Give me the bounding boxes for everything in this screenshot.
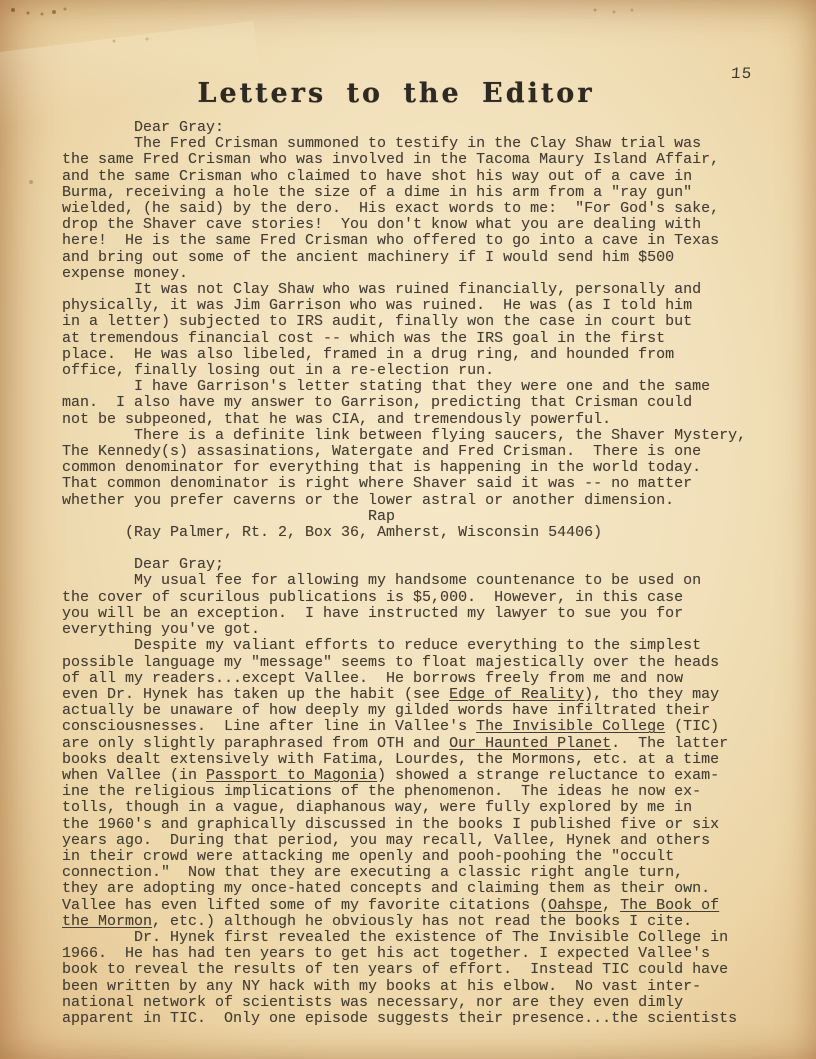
letter-from-second-correspondent: Dear Gray; My usual fee for allowing my …	[62, 557, 762, 1027]
text-line: It was not Clay Shaw who was ruined fina…	[62, 282, 762, 298]
text-line: possible language my "message" seems to …	[62, 655, 762, 671]
text-line: office, finally losing out in a re-elect…	[62, 363, 762, 379]
text-line: connection." Now that they are executing…	[62, 865, 762, 881]
text-line: here! He is the same Fred Crisman who of…	[62, 233, 762, 249]
text-line: Despite my valiant efforts to reduce eve…	[62, 638, 762, 654]
text-line: national network of scientists was neces…	[62, 995, 762, 1011]
text-line: been written by any NY hack with my book…	[62, 979, 762, 995]
text-line: the Mormon, etc.) although he obviously …	[62, 914, 762, 930]
text-line: drop the Shaver cave stories! You don't …	[62, 217, 762, 233]
text-line: common denominator for everything that i…	[62, 460, 762, 476]
text-line: ine the religious implications of the ph…	[62, 784, 762, 800]
underlined-book-title: Passport to Magonia	[206, 767, 377, 784]
text-line: (Ray Palmer, Rt. 2, Box 36, Amherst, Wis…	[62, 525, 762, 541]
scanned-page: 15 Letters to the Editor Dear Gray: The …	[0, 0, 816, 1059]
text-line: the cover of scurilous publications is $…	[62, 590, 762, 606]
text-line: consciousnesses. Line after line in Vall…	[62, 719, 762, 735]
text-line: and bring out some of the ancient machin…	[62, 250, 762, 266]
text-line: Dear Gray;	[62, 557, 762, 573]
text-line: not be subpeoned, that he was CIA, and t…	[62, 412, 762, 428]
underlined-book-title: Our Haunted Planet	[449, 735, 611, 752]
text-line: and the same Crisman who claimed to have…	[62, 169, 762, 185]
text-line: Dear Gray:	[62, 120, 762, 136]
text-line: in a letter) subjected to IRS audit, fin…	[62, 314, 762, 330]
text-line: man. I also have my answer to Garrison, …	[62, 395, 762, 411]
underlined-book-title: The Invisible College	[476, 718, 665, 735]
text-line: Dr. Hynek first revealed the existence o…	[62, 930, 762, 946]
text-line: Vallee has even lifted some of my favori…	[62, 898, 762, 914]
text-line: There is a definite link between flying …	[62, 428, 762, 444]
text-line: years ago. During that period, you may r…	[62, 833, 762, 849]
letter-from-ray-palmer: Dear Gray: The Fred Crisman summoned to …	[62, 120, 762, 541]
text-line: apparent in TIC. Only one episode sugges…	[62, 1011, 762, 1027]
text-line: The Kennedy(s) assasinations, Watergate …	[62, 444, 762, 460]
page-title: Letters to the Editor	[0, 78, 792, 109]
text-line: they are adopting my once-hated concepts…	[62, 881, 762, 897]
text-line: of all my readers...except Vallee. He bo…	[62, 671, 762, 687]
text-line: everything you've got.	[62, 622, 762, 638]
text-line: tolls, though in a vague, diaphanous way…	[62, 800, 762, 816]
text-line: books dealt extensively with Fatima, Lou…	[62, 752, 762, 768]
text-line: My usual fee for allowing my handsome co…	[62, 573, 762, 589]
text-line: wielded, (he said) by the dero. His exac…	[62, 201, 762, 217]
text-line: the 1960's and graphically discussed in …	[62, 817, 762, 833]
text-line: the same Fred Crisman who was involved i…	[62, 152, 762, 168]
text-line: place. He was also libeled, framed in a …	[62, 347, 762, 363]
text-line: expense money.	[62, 266, 762, 282]
text-line: when Vallee (in Passport to Magonia) sho…	[62, 768, 762, 784]
letters: Dear Gray: The Fred Crisman summoned to …	[62, 120, 762, 1027]
text-line: Rap	[62, 509, 762, 525]
text-line: you will be an exception. I have instruc…	[62, 606, 762, 622]
text-line: The Fred Crisman summoned to testify in …	[62, 136, 762, 152]
text-line: actually be unaware of how deeply my gil…	[62, 703, 762, 719]
text-line: 1966. He has had ten years to get his ac…	[62, 946, 762, 962]
text-line: whether you prefer caverns or the lower …	[62, 493, 762, 509]
text-line: at tremendous financial cost -- which wa…	[62, 331, 762, 347]
underlined-book-title: Oahspe	[548, 897, 602, 914]
text-line: physically, it was Jim Garrison who was …	[62, 298, 762, 314]
text-line: book to reveal the results of ten years …	[62, 962, 762, 978]
text-line: in their crowd were attacking me openly …	[62, 849, 762, 865]
underlined-book-title: Edge of Reality	[449, 686, 584, 703]
text-line: are only slightly paraphrased from OTH a…	[62, 736, 762, 752]
underlined-book-title: the Mormon	[62, 913, 152, 930]
text-line: Burma, receiving a hole the size of a di…	[62, 185, 762, 201]
paper-specks	[0, 0, 2, 2]
text-line: even Dr. Hynek has taken up the habit (s…	[62, 687, 762, 703]
underlined-book-title: The Book of	[620, 897, 719, 914]
text-line: I have Garrison's letter stating that th…	[62, 379, 762, 395]
text-line: That common denominator is right where S…	[62, 476, 762, 492]
